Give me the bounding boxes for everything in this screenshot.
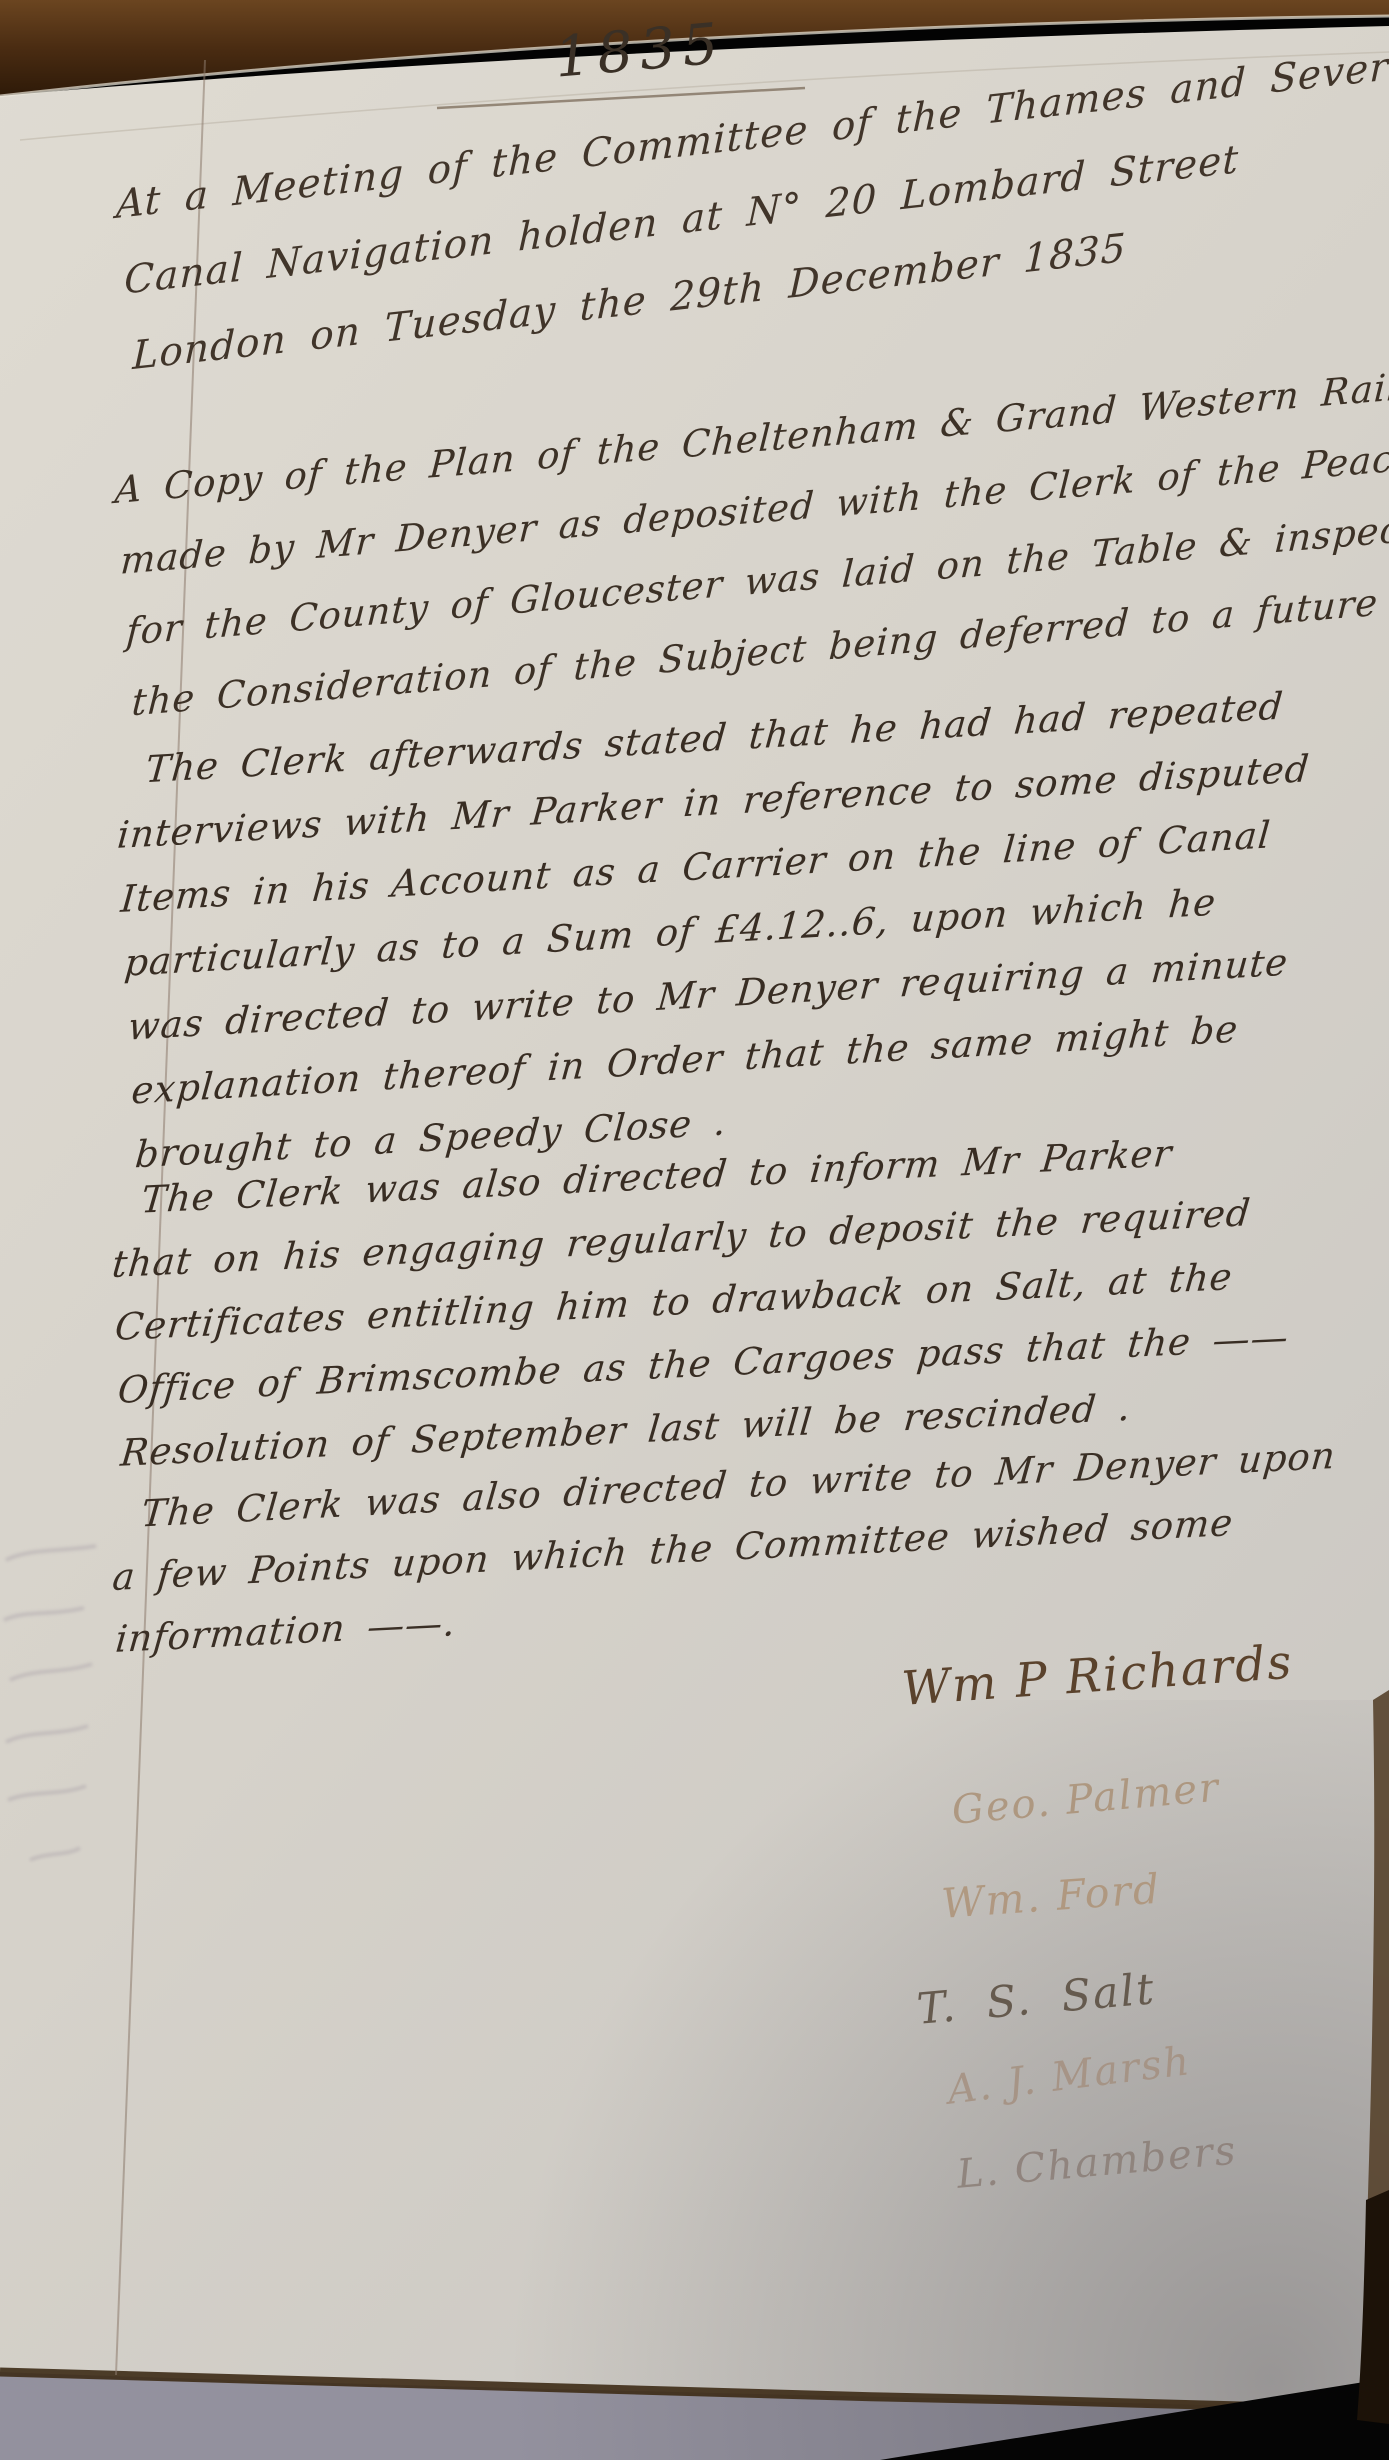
paragraph-salt-drawback: The Clerk was also directed to inform Mr… [108,1117,1293,1485]
manuscript-photo: 1835 At a Meeting of the Committee of th… [0,0,1389,2460]
paragraph-parker-account: The Clerk afterwards stated that he had … [112,673,1329,1187]
